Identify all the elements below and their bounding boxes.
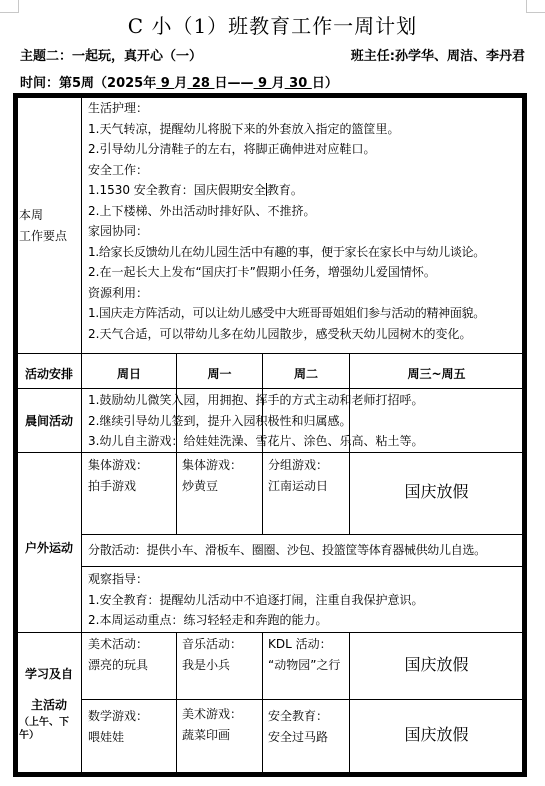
learning-tuesday-2: 安全教育： 安全过马路 xyxy=(268,706,346,747)
scattered-activity: 分散活动：提供小车、滑板车、圈圈、沙包、投篮筐等体育器械供幼儿自选。 xyxy=(88,540,524,561)
point-line: 2.上下楼梯、外出活动时排好队、不推挤。 xyxy=(88,201,522,222)
learning-holiday-1: 国庆放假 xyxy=(350,655,523,676)
point-line: 1.1530 安全教育：国庆假期安全教育。 xyxy=(88,180,522,201)
start-month: 9 xyxy=(156,76,174,91)
end-day: 30 xyxy=(285,76,312,91)
observation-line: 2.本周运动重点：练习轻轻走和奔跑的能力。 xyxy=(88,610,522,631)
game-type: 集体游戏： xyxy=(88,455,174,476)
activity-type: 安全教育： xyxy=(268,706,346,727)
day-header-wed-fri: 周三~周五 xyxy=(350,364,523,385)
label-line: 主活动 xyxy=(17,695,81,716)
row-divider xyxy=(81,566,523,567)
label-line: 工作要点 xyxy=(19,226,79,247)
outdoor-game-sunday: 集体游戏： 拍手游戏 xyxy=(88,455,174,496)
row-divider xyxy=(17,632,523,633)
point-line: 2.引导幼儿分清鞋子的左右，将脚正确伸进对应鞋口。 xyxy=(88,139,522,160)
weekly-points-content: 生活护理： 1.天气转凉，提醒幼儿将脱下来的外套放入指定的篮筐里。 2.引导幼儿… xyxy=(88,98,522,344)
point-line: 1.国庆走方阵活动，可以让幼儿感受中大班哥哥姐姐们参与活动的精神面貌。 xyxy=(88,303,522,324)
learning-holiday-2: 国庆放假 xyxy=(350,725,523,746)
col-divider xyxy=(176,632,177,773)
point-line: 2.在一起长大上发布“国庆打卡”假期小任务，增强幼儿爱国情怀。 xyxy=(88,262,522,283)
point-line: 1.天气转凉，提醒幼儿将脱下来的外套放入指定的篮筐里。 xyxy=(88,119,522,140)
schedule-label: 活动安排 xyxy=(17,364,81,385)
learning-monday-1: 音乐活动： 我是小兵 xyxy=(182,634,260,675)
activity-type: KDL 活动： xyxy=(268,634,346,655)
weekly-points-label: 本周 工作要点 xyxy=(19,205,79,246)
month-label: 月 xyxy=(272,76,285,91)
row-divider xyxy=(81,534,523,535)
month-label: 月 xyxy=(174,76,187,91)
outdoor-label: 户外运动 xyxy=(17,538,81,559)
activity-type: 美术活动： xyxy=(88,634,174,655)
learning-label: 学习及自 主活动 xyxy=(17,664,81,715)
col-divider xyxy=(262,452,263,534)
section-heading: 家园协同： xyxy=(88,221,522,242)
col-divider xyxy=(81,97,82,773)
date-line: 时间：第5周（2025年 9 月 28 日—— 9 月 30 日） xyxy=(20,72,338,91)
theme-text: 主题二：一起玩，真开心（一） xyxy=(20,49,202,64)
row-divider xyxy=(17,388,523,389)
day-header-sunday: 周日 xyxy=(82,364,176,385)
label-line: 本周 xyxy=(19,205,79,226)
morning-line: 1.鼓励幼儿微笑入园，用拥抱、挥手的方式主动和老师打招呼。 xyxy=(88,390,522,411)
activity-type: 美术游戏： xyxy=(182,704,260,725)
point-text: 教育。 xyxy=(267,183,303,197)
game-name: 炒黄豆 xyxy=(182,476,260,497)
morning-line: 2.继续引导幼儿签到，提升入园积极性和归属感。 xyxy=(88,411,522,432)
page-title: C 小（1）班教育工作一周计划 xyxy=(0,10,545,39)
section-heading: 观察指导： xyxy=(88,569,522,590)
day-header-tuesday: 周二 xyxy=(263,364,349,385)
col-divider xyxy=(349,632,350,773)
morning-content: 1.鼓励幼儿微笑入园，用拥抱、挥手的方式主动和老师打招呼。 2.继续引导幼儿签到… xyxy=(88,390,522,452)
game-name: 拍手游戏 xyxy=(88,476,174,497)
activity-name: 蔬菜印画 xyxy=(182,725,260,746)
col-divider xyxy=(262,632,263,773)
game-name: 江南运动日 xyxy=(268,476,348,497)
game-type: 集体游戏： xyxy=(182,455,260,476)
learning-tuesday-1: KDL 活动： “动物园”之行 xyxy=(268,634,346,675)
start-day: 28 xyxy=(187,76,214,91)
section-heading: 资源利用： xyxy=(88,283,522,304)
label-line: 学习及自 xyxy=(17,664,81,685)
point-line: 1.给家长反馈幼儿在幼儿园生活中有趣的事，便于家长在家长中与幼儿谈论。 xyxy=(88,242,522,263)
learning-monday-2: 美术游戏： 蔬菜印画 xyxy=(182,704,260,745)
date-prefix: 时间：第5周（2025年 xyxy=(20,76,156,91)
section-heading: 生活护理： xyxy=(88,98,522,119)
activity-name: 漂亮的玩具 xyxy=(88,655,174,676)
day-header-monday: 周一 xyxy=(177,364,262,385)
section-heading: 安全工作： xyxy=(88,160,522,181)
activity-name: 我是小兵 xyxy=(182,655,260,676)
teachers-text: 班主任:孙学华、周洁、李丹君 xyxy=(351,45,525,64)
observation-guide: 观察指导： 1.安全教育：提醒幼儿活动中不追逐打闹，注重自我保护意识。 2.本周… xyxy=(88,569,522,631)
col-divider xyxy=(176,452,177,534)
learning-sunday-2: 数学游戏： 喂娃娃 xyxy=(88,706,174,747)
row-divider xyxy=(17,452,523,453)
activity-name: 安全过马路 xyxy=(268,727,346,748)
outdoor-game-tuesday: 分组游戏： 江南运动日 xyxy=(268,455,348,496)
activity-name: “动物园”之行 xyxy=(268,655,346,676)
activity-type: 音乐活动： xyxy=(182,634,260,655)
learning-label-note: （上午、下午） xyxy=(19,716,79,742)
observation-line: 1.安全教育：提醒幼儿活动中不追逐打闹，注重自我保护意识。 xyxy=(88,590,522,611)
morning-line: 3.幼儿自主游戏：给娃娃洗澡、雪花片、涂色、乐高、粘土等。 xyxy=(88,431,522,452)
outdoor-game-monday: 集体游戏： 炒黄豆 xyxy=(182,455,260,496)
row-divider xyxy=(81,699,523,700)
activity-name: 喂娃娃 xyxy=(88,727,174,748)
morning-label: 晨间活动 xyxy=(17,411,81,432)
date-suffix: 日） xyxy=(312,76,338,91)
end-month: 9 xyxy=(254,76,272,91)
theme-line: 主题二：一起玩，真开心（一） 班主任:孙学华、周洁、李丹君 xyxy=(20,45,525,64)
activity-type: 数学游戏： xyxy=(88,706,174,727)
row-divider xyxy=(17,353,523,354)
point-line: 2.天气合适，可以带幼儿多在幼儿园散步，感受秋天幼儿园树木的变化。 xyxy=(88,324,522,345)
point-text: 1.1530 安全教育：国庆假期安全 xyxy=(88,183,266,197)
day-dash-label: 日—— xyxy=(215,76,254,91)
learning-sunday-1: 美术活动： 漂亮的玩具 xyxy=(88,634,174,675)
outdoor-holiday: 国庆放假 xyxy=(350,482,523,503)
game-type: 分组游戏： xyxy=(268,455,348,476)
